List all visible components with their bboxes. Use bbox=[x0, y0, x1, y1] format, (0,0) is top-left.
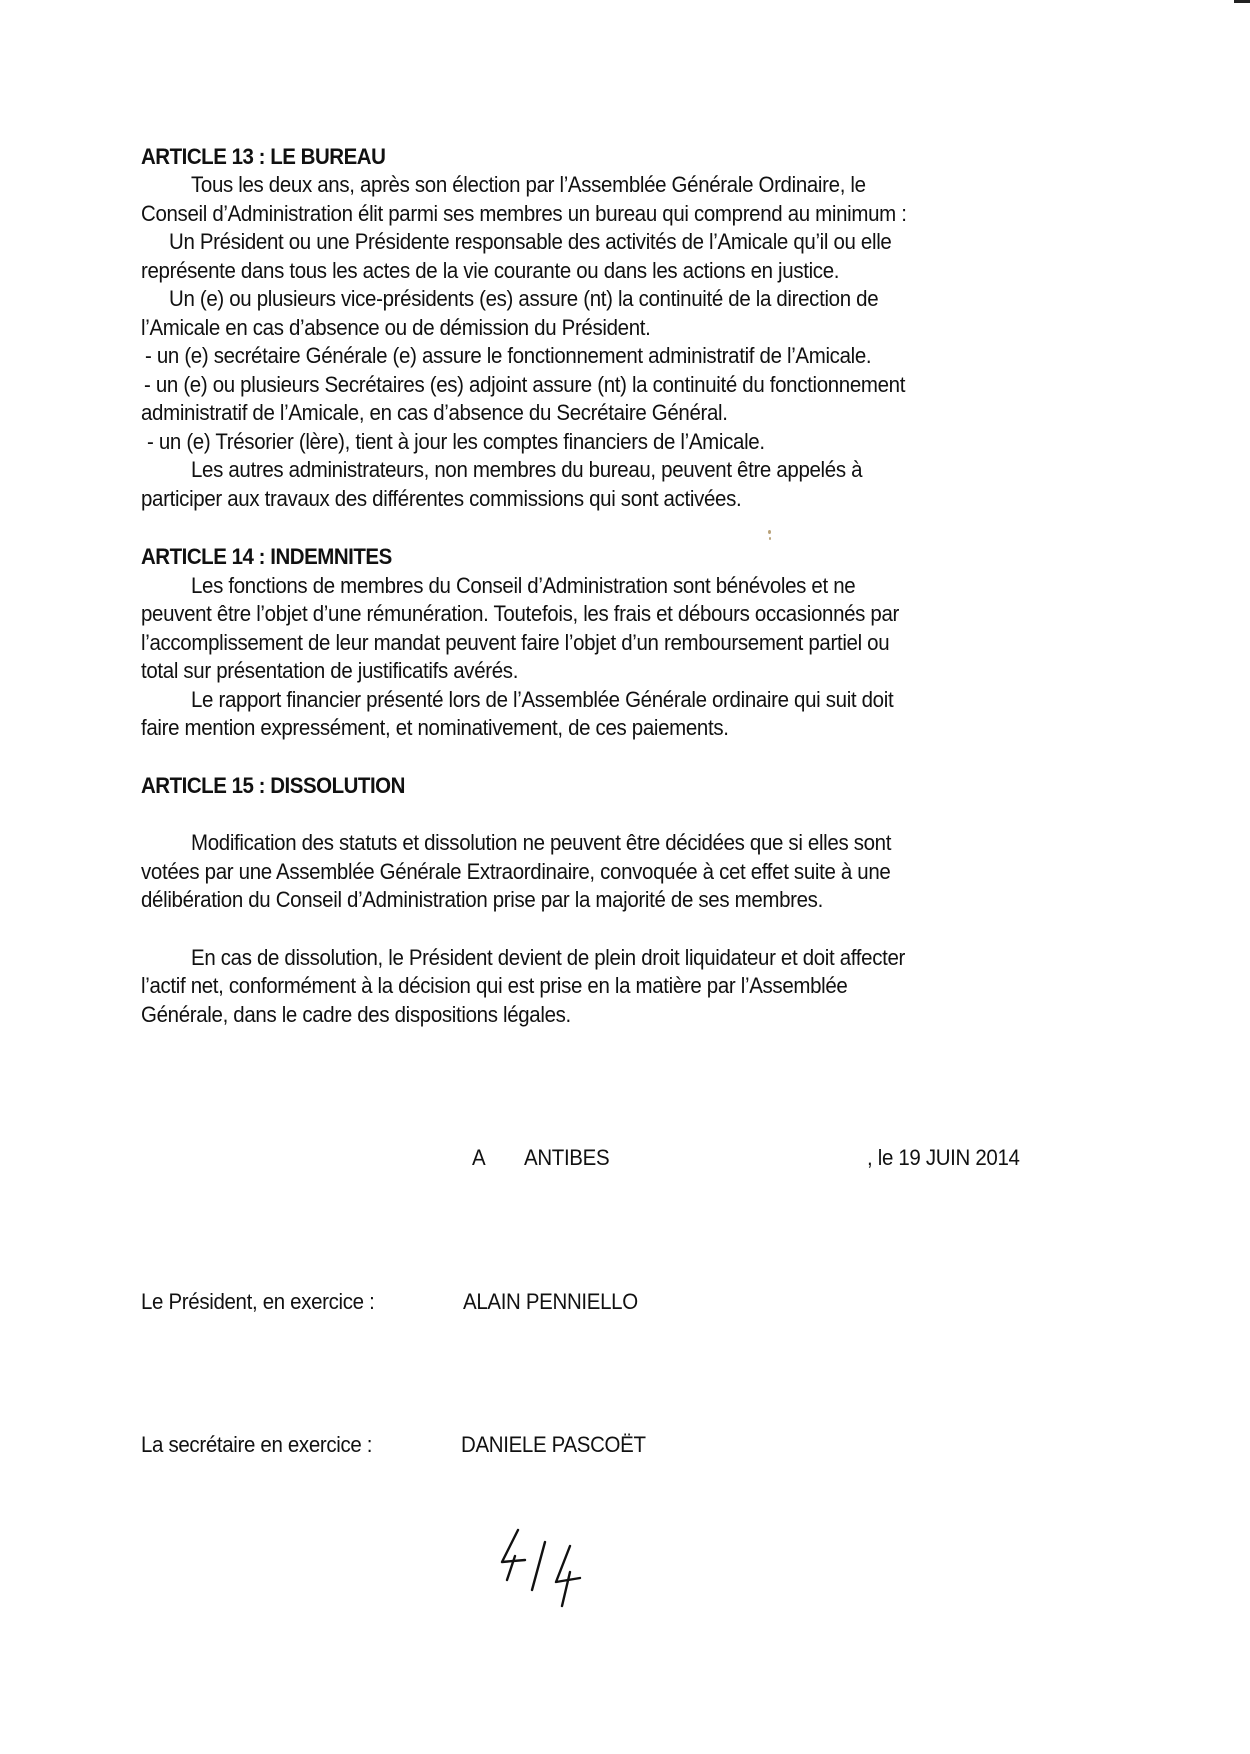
article-14-line: Les fonctions de membres du Conseil d’Ad… bbox=[191, 572, 855, 600]
article-14-line: total sur présentation de justificatifs … bbox=[141, 657, 518, 685]
article-15-line: votées par une Assemblée Générale Extrao… bbox=[141, 858, 890, 886]
place-prefix: A bbox=[472, 1144, 485, 1172]
article-15-heading: ARTICLE 15 : DISSOLUTION bbox=[141, 772, 405, 800]
article-13-line: administratif de l’Amicale, en cas d’abs… bbox=[141, 399, 728, 427]
secretary-label: La secrétaire en exercice : bbox=[141, 1431, 372, 1459]
article-13-line: Conseil d’Administration élit parmi ses … bbox=[141, 200, 907, 228]
article-13-line: Un Président ou une Présidente responsab… bbox=[169, 228, 891, 256]
article-15-line: Modification des statuts et dissolution … bbox=[191, 829, 891, 857]
place-name: ANTIBES bbox=[524, 1144, 609, 1172]
scan-speck bbox=[768, 530, 771, 534]
scan-corner-mark bbox=[1234, 0, 1250, 3]
article-14-line: Le rapport financier présenté lors de l’… bbox=[191, 686, 893, 714]
article-15-line: En cas de dissolution, le Président devi… bbox=[191, 944, 905, 972]
article-14-line: l’accomplissement de leur mandat peuvent… bbox=[141, 629, 889, 657]
article-15-line: délibération du Conseil d’Administration… bbox=[141, 886, 823, 914]
article-13-line: Tous les deux ans, après son élection pa… bbox=[191, 171, 866, 199]
article-13-heading: ARTICLE 13 : LE BUREAU bbox=[141, 143, 385, 171]
secretary-name: DANIELE PASCOËT bbox=[461, 1431, 646, 1459]
president-label: Le Président, en exercice : bbox=[141, 1288, 374, 1316]
article-14-line: peuvent être l’objet d’une rémunération.… bbox=[141, 600, 899, 628]
article-13-list-item: - un (e) ou plusieurs Secrétaires (es) a… bbox=[144, 371, 905, 399]
article-15-line: Générale, dans le cadre des dispositions… bbox=[141, 1001, 571, 1029]
document-page: ARTICLE 13 : LE BUREAU Tous les deux ans… bbox=[0, 0, 1250, 1754]
article-13-list-item: - un (e) Trésorier (lère), tient à jour … bbox=[147, 428, 765, 456]
article-13-line: représente dans tous les actes de la vie… bbox=[141, 257, 839, 285]
handwritten-page-number bbox=[490, 1520, 600, 1620]
article-15-line: l’actif net, conformément à la décision … bbox=[141, 972, 847, 1000]
signature-date: , le 19 JUIN 2014 bbox=[867, 1144, 1020, 1172]
president-name: ALAIN PENNIELLO bbox=[463, 1288, 638, 1316]
article-13-line: l’Amicale en cas d’absence ou de démissi… bbox=[141, 314, 650, 342]
article-14-heading: ARTICLE 14 : INDEMNITES bbox=[141, 543, 392, 571]
scan-speck bbox=[769, 537, 771, 540]
article-13-line: participer aux travaux des différentes c… bbox=[141, 485, 741, 513]
article-13-list-item: - un (e) secrétaire Générale (e) assure … bbox=[145, 342, 871, 370]
article-13-line: Un (e) ou plusieurs vice-présidents (es)… bbox=[169, 285, 878, 313]
article-14-line: faire mention expressément, et nominativ… bbox=[141, 714, 729, 742]
article-13-line: Les autres administrateurs, non membres … bbox=[191, 456, 862, 484]
